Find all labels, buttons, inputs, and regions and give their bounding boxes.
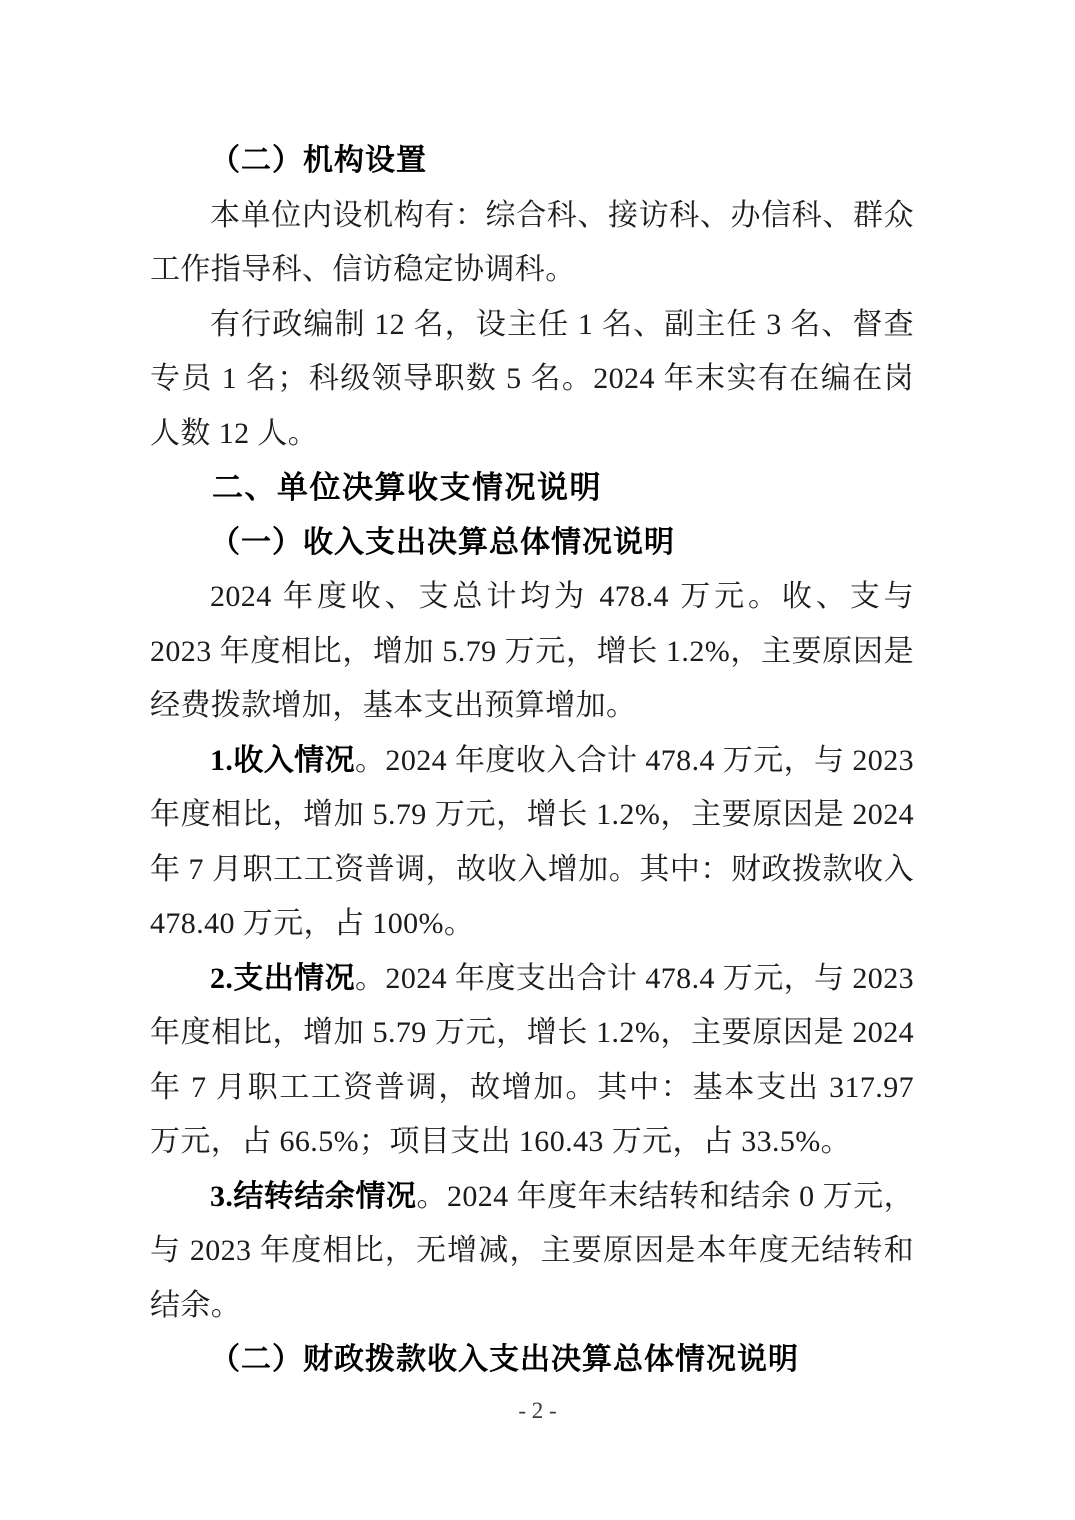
page-number: - 2 - — [0, 1398, 1075, 1424]
heading-fiscal-appropriation-overview: （二）财政拨款收入支出决算总体情况说明 — [150, 1333, 914, 1388]
paragraph-income-details: 1.收入情况。2024 年度收入合计 478.4 万元，与 2023 年度相比，… — [150, 734, 914, 952]
paragraph-carryover-lead: 3.结转结余情况 — [210, 1180, 416, 1213]
paragraph-internal-departments: 本单位内设机构有：综合科、接访科、办信科、群众工作指导科、信访稳定协调科。 — [150, 189, 914, 298]
paragraph-expenditure-lead: 2.支出情况 — [210, 962, 355, 995]
paragraph-total-income-expenditure: 2024 年度收、支总计均为 478.4 万元。收、支与 2023 年度相比，增… — [150, 570, 914, 734]
paragraph-income-lead: 1.收入情况 — [210, 744, 355, 777]
document-page: （二）机构设置 本单位内设机构有：综合科、接访科、办信科、群众工作指导科、信访稳… — [0, 0, 1075, 1520]
paragraph-carryover-details: 3.结转结余情况。2024 年度年末结转和结余 0 万元，与 2023 年度相比… — [150, 1170, 914, 1334]
paragraph-expenditure-details: 2.支出情况。2024 年度支出合计 478.4 万元，与 2023 年度相比，… — [150, 952, 914, 1170]
heading-institution-setup: （二）机构设置 — [150, 134, 914, 189]
heading-income-expenditure-overview: （一）收入支出决算总体情况说明 — [150, 516, 914, 571]
heading-budget-statement-section: 二、单位决算收支情况说明 — [150, 461, 914, 516]
document-content: （二）机构设置 本单位内设机构有：综合科、接访科、办信科、群众工作指导科、信访稳… — [150, 134, 914, 1388]
paragraph-staffing: 有行政编制 12 名，设主任 1 名、副主任 3 名、督查专员 1 名；科级领导… — [150, 298, 914, 462]
